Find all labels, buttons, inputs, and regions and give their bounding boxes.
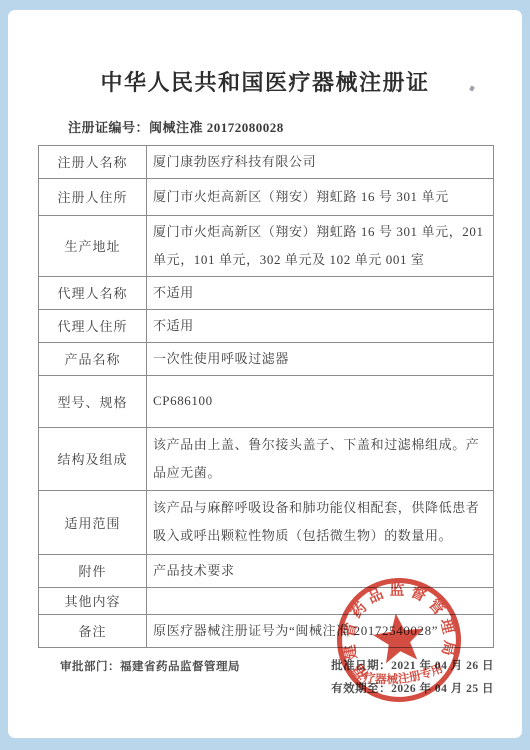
field-label: 代理人名称 [39, 276, 147, 309]
table-row: 备注 原医疗器械注册证号为“闽械注准 20172540028” [39, 614, 494, 647]
field-label: 适用范围 [39, 490, 147, 554]
table-row: 其他内容 [39, 587, 494, 614]
field-value: 一次性使用呼吸过滤器 [147, 342, 494, 375]
field-label: 注册人住所 [39, 178, 147, 215]
registration-number-value: 闽械注准 20172080028 [149, 120, 284, 135]
certificate-table: 注册人名称 厦门康勃医疗科技有限公司 注册人住所 厦门市火炬高新区（翔安）翔虹路… [38, 145, 494, 648]
field-value: 厦门康勃医疗科技有限公司 [147, 146, 494, 179]
table-row: 型号、规格 CP686100 [39, 375, 494, 427]
date-block: 批准日期：2021 年 04 月 26 日 有效期至：2026 年 04 月 2… [331, 655, 494, 701]
certificate-title: 中华人民共和国医疗器械注册证 [38, 66, 492, 97]
field-label: 其他内容 [39, 587, 147, 614]
approval-date: 批准日期：2021 年 04 月 26 日 [331, 655, 494, 678]
field-value: 厦门市火炬高新区（翔安）翔虹路 16 号 301 单元，201 单元，101 单… [147, 215, 494, 276]
field-value: 该产品与麻醉呼吸设备和肺功能仪相配套，供降低患者吸入或呼出颗粒性物质（包括微生物… [147, 490, 494, 554]
table-row: 生产地址 厦门市火炬高新区（翔安）翔虹路 16 号 301 单元，201 单元，… [39, 215, 494, 276]
valid-until-date: 有效期至：2026 年 04 月 25 日 [331, 678, 494, 701]
approval-department: 审批部门：福建省药品监督管理局 [38, 655, 240, 701]
table-row: 产品名称 一次性使用呼吸过滤器 [39, 342, 494, 375]
table-row: 附件 产品技术要求 [39, 554, 494, 587]
table-row: 注册人名称 厦门康勃医疗科技有限公司 [39, 146, 494, 179]
table-row: 代理人住所 不适用 [39, 309, 494, 342]
table-row: 适用范围 该产品与麻醉呼吸设备和肺功能仪相配套，供降低患者吸入或呼出颗粒性物质（… [39, 490, 494, 554]
field-label: 注册人名称 [39, 146, 147, 179]
field-label: 附件 [39, 554, 147, 587]
table-row: 代理人名称 不适用 [39, 276, 494, 309]
field-value: 不适用 [147, 309, 494, 342]
field-label: 产品名称 [39, 342, 147, 375]
field-value: 厦门市火炬高新区（翔安）翔虹路 16 号 301 单元 [147, 178, 494, 215]
table-row: 注册人住所 厦门市火炬高新区（翔安）翔虹路 16 号 301 单元 [39, 178, 494, 215]
field-label: 生产地址 [39, 215, 147, 276]
certificate-footer: 审批部门：福建省药品监督管理局 批准日期：2021 年 04 月 26 日 有效… [38, 655, 494, 701]
field-value: CP686100 [147, 375, 494, 427]
field-value: 不适用 [147, 276, 494, 309]
certificate-page: 中华人民共和国医疗器械注册证 注册证编号：闽械注准 20172080028 注册… [0, 0, 530, 750]
field-value: 产品技术要求 [147, 554, 494, 587]
certificate-card: 中华人民共和国医疗器械注册证 注册证编号：闽械注准 20172080028 注册… [8, 10, 522, 738]
field-value [147, 587, 494, 614]
field-label: 代理人住所 [39, 309, 147, 342]
field-value: 该产品由上盖、鲁尔接头盖子、下盖和过滤棉组成。产品应无菌。 [147, 427, 494, 490]
field-value: 原医疗器械注册证号为“闽械注准 20172540028” [147, 614, 494, 647]
field-label: 结构及组成 [39, 427, 147, 490]
registration-number-label: 注册证编号： [68, 120, 149, 135]
table-row: 结构及组成 该产品由上盖、鲁尔接头盖子、下盖和过滤棉组成。产品应无菌。 [39, 427, 494, 490]
field-label: 型号、规格 [39, 375, 147, 427]
field-label: 备注 [39, 614, 147, 647]
registration-number-line: 注册证编号：闽械注准 20172080028 [38, 117, 492, 136]
